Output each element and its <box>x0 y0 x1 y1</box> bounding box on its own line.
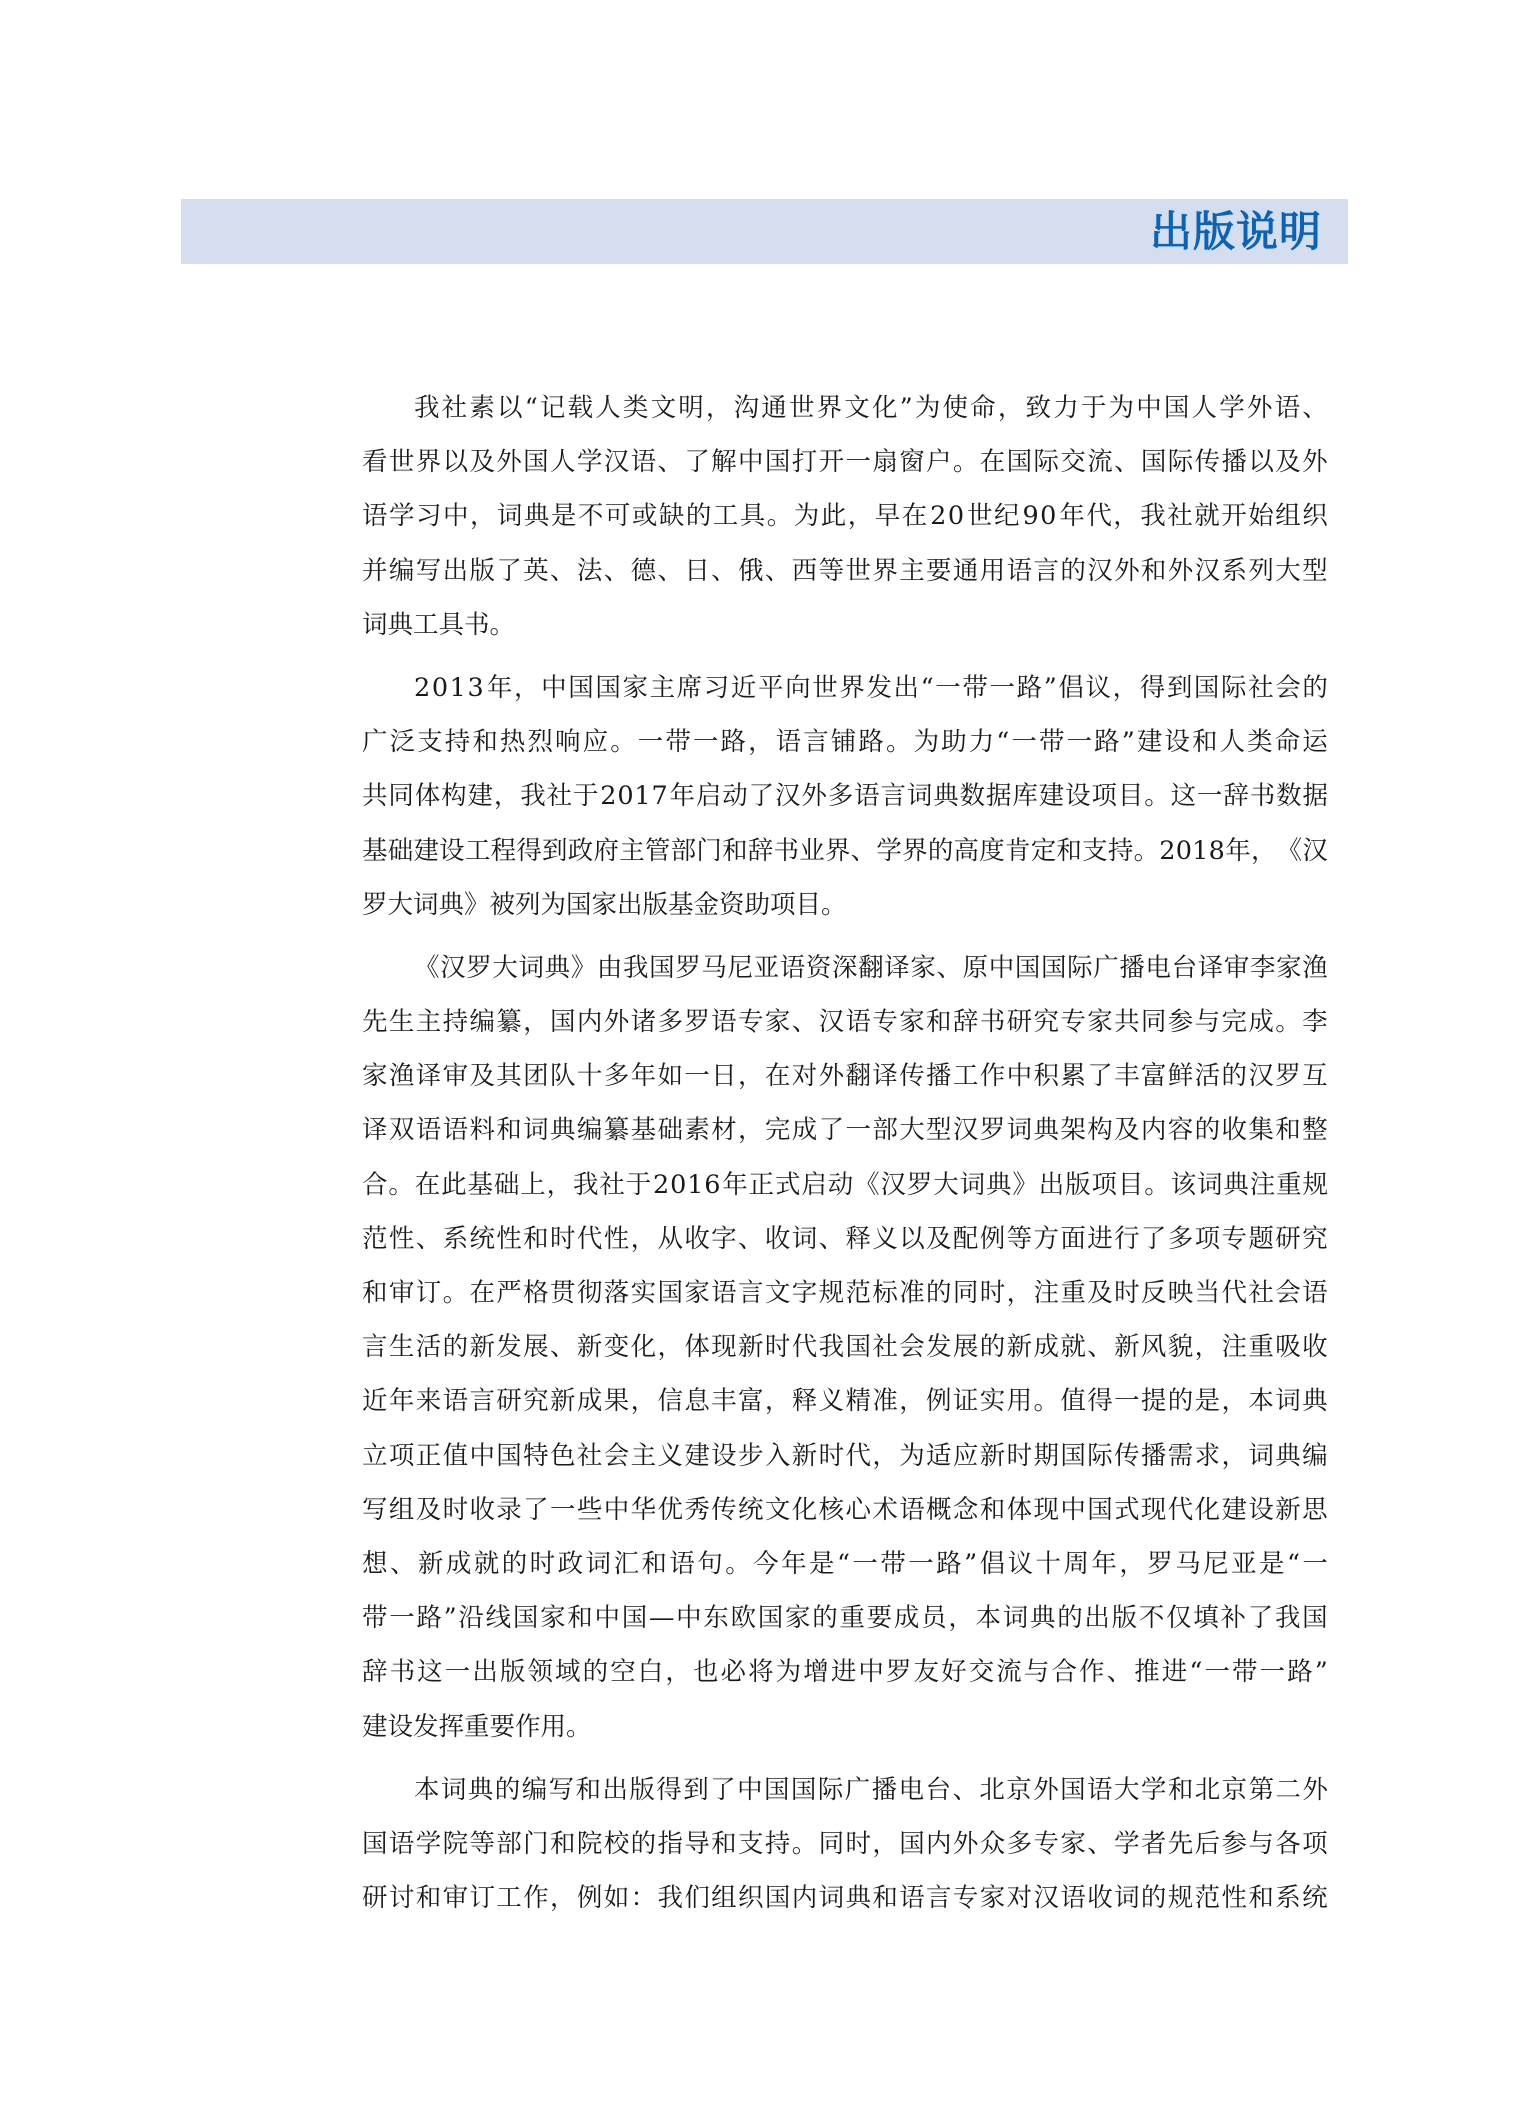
text-line: 语学习中，词典是不可或缺的工具。为此，早在 20 世纪 90 年代，我社就开始组… <box>362 489 1328 543</box>
text-line: 基础建设工程得到政府主管部门和辞书业界、学界的高度肯定和支持。2018 年，《汉 <box>362 824 1328 878</box>
text-line: 2013 年，中国国家主席习近平向世界发出“一带一路”倡议，得到国际社会的 <box>362 661 1328 715</box>
text-line: 和审订。在严格贯彻落实国家语言文字规范标准的同时，注重及时反映当代社会语 <box>362 1266 1328 1320</box>
text-line: 词典工具书。 <box>362 598 1328 652</box>
text-line: 我社素以“记载人类文明，沟通世界文化”为使命，致力于为中国人学外语、 <box>362 381 1328 435</box>
text-line: 辞书这一出版领域的空白，也必将为增进中罗友好交流与合作、推进“一带一路” <box>362 1645 1328 1699</box>
text-line: 先生主持编纂，国内外诸多罗语专家、汉语专家和辞书研究专家共同参与完成。李 <box>362 995 1328 1049</box>
text-line: 共同体构建，我社于 2017 年启动了汉外多语言词典数据库建设项目。这一辞书数据 <box>362 769 1328 823</box>
text-line: 带一路”沿线国家和中国—中东欧国家的重要成员，本词典的出版不仅填补了我国 <box>362 1591 1328 1645</box>
text-line: 广泛支持和热烈响应。一带一路，语言铺路。为助力“一带一路”建设和人类命运 <box>362 715 1328 769</box>
paragraph: 本词典的编写和出版得到了中国国际广播电台、北京外国语大学和北京第二外国语学院等部… <box>362 1763 1328 1926</box>
page-title: 出版说明 <box>1150 203 1322 261</box>
text-line: 看世界以及外国人学汉语、了解中国打开一扇窗户。在国际交流、国际传播以及外 <box>362 435 1328 489</box>
text-line: 建设发挥重要作用。 <box>362 1700 1328 1754</box>
text-line: 范性、系统性和时代性，从收字、收词、释义以及配例等方面进行了多项专题研究 <box>362 1212 1328 1266</box>
text-line: 言生活的新发展、新变化，体现新时代我国社会发展的新成就、新风貌，注重吸收 <box>362 1320 1328 1374</box>
text-line: 想、新成就的时政词汇和语句。今年是“一带一路”倡议十周年，罗马尼亚是“一 <box>362 1537 1328 1591</box>
text-line: 国语学院等部门和院校的指导和支持。同时，国内外众多专家、学者先后参与各项 <box>362 1817 1328 1871</box>
text-line: 合。在此基础上，我社于 2016 年正式启动《汉罗大词典》出版项目。该词典注重规 <box>362 1158 1328 1212</box>
text-line: 本词典的编写和出版得到了中国国际广播电台、北京外国语大学和北京第二外 <box>362 1763 1328 1817</box>
text-line: 罗大词典》被列为国家出版基金资助项目。 <box>362 878 1328 932</box>
text-line: 并编写出版了英、法、德、日、俄、西等世界主要通用语言的汉外和外汉系列大型 <box>362 544 1328 598</box>
text-line: 近年来语言研究新成果，信息丰富，释义精准，例证实用。值得一提的是，本词典 <box>362 1374 1328 1428</box>
paragraph: 《汉罗大词典》由我国罗马尼亚语资深翻译家、原中国国际广播电台译审李家渔先生主持编… <box>362 941 1328 1754</box>
paragraph: 2013 年，中国国家主席习近平向世界发出“一带一路”倡议，得到国际社会的广泛支… <box>362 661 1328 932</box>
text-line: 研讨和审订工作，例如：我们组织国内词典和语言专家对汉语收词的规范性和系统 <box>362 1871 1328 1925</box>
body-text: 我社素以“记载人类文明，沟通世界文化”为使命，致力于为中国人学外语、看世界以及外… <box>362 381 1328 1934</box>
text-line: 家渔译审及其团队十多年如一日，在对外翻译传播工作中积累了丰富鲜活的汉罗互 <box>362 1049 1328 1103</box>
text-line: 立项正值中国特色社会主义建设步入新时代，为适应新时期国际传播需求，词典编 <box>362 1429 1328 1483</box>
text-line: 《汉罗大词典》由我国罗马尼亚语资深翻译家、原中国国际广播电台译审李家渔 <box>362 941 1328 995</box>
paragraph: 我社素以“记载人类文明，沟通世界文化”为使命，致力于为中国人学外语、看世界以及外… <box>362 381 1328 652</box>
text-line: 写组及时收录了一些中华优秀传统文化核心术语概念和体现中国式现代化建设新思 <box>362 1483 1328 1537</box>
section-header-band: 出版说明 <box>181 199 1348 264</box>
text-line: 译双语语料和词典编纂基础素材，完成了一部大型汉罗词典架构及内容的收集和整 <box>362 1103 1328 1157</box>
